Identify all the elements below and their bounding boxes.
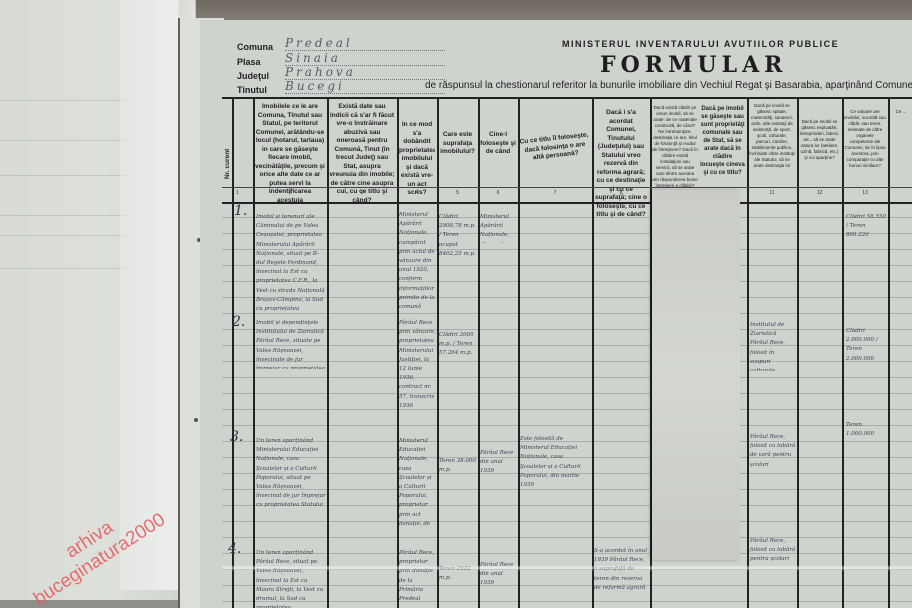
row-4-institutions: Pârâul Rece, folosit ca tabără pentru șc…: [750, 537, 796, 577]
column-number: 6: [478, 190, 518, 196]
row-number: 3.: [230, 429, 243, 445]
header-col-5: Care este suprafaţa imobilului?: [439, 131, 476, 157]
judetul-label: Judeţul: [237, 71, 269, 81]
ruled-line: [222, 393, 912, 394]
row-4-acquisition: Pârâul Rece, proprietar prin donație de …: [399, 549, 436, 608]
ministry-heading: MINISTERUL INVENTARULUI AVUTIILOR PUBLIC…: [562, 39, 839, 49]
row-1-user: Ministerul Apărării Naționale, din anul …: [480, 213, 517, 243]
column-number: 1: [222, 190, 253, 196]
paper-crease: [222, 565, 912, 571]
header-col-11: Dacă pe imobil se găsesc spitale, matern…: [749, 103, 795, 169]
column-divider: [518, 99, 520, 608]
row-1-value: Clădiri 58.550 / Teren 800.226: [846, 213, 886, 253]
comuna-value: Predeal: [285, 36, 445, 51]
column-number: 11: [747, 190, 797, 196]
ruled-line: [222, 313, 912, 314]
form-title: FORMULAR: [600, 52, 787, 78]
row-3-area: Teren 38.000 m.p.: [439, 457, 477, 477]
row-2-area: Clădiri 2000 m.p. / Teren 57.264 m.p.: [439, 331, 477, 411]
column-divider: [478, 99, 480, 608]
form-subtitle: de răspunsul la chestionarul referitor l…: [425, 80, 912, 91]
column-number: 2: [253, 190, 327, 196]
tinutul-label: Tinutul: [237, 85, 267, 95]
header-col-9: Dacă există clădiri pe vreun imobil, să …: [652, 105, 698, 189]
punch-hole: [194, 418, 198, 422]
ruled-line: [222, 425, 912, 426]
row-3-user: Pârâul Rece din anul 1939: [480, 449, 517, 479]
judetul-value: Prahova: [285, 65, 445, 80]
column-number-row: 1 2 3 4 5 6 7 8 9 10 11 12 13: [222, 187, 912, 204]
faint-line: [0, 175, 130, 176]
row-2-property: Imobil și dependințele Institutului de Z…: [256, 319, 326, 369]
ruled-line: [222, 521, 912, 522]
row-number: 4.: [228, 541, 241, 557]
row-1-area: Clădiri 2908,78 m.p. / Teren ocupat 8402…: [439, 213, 477, 273]
comuna-label: Comuna: [237, 42, 273, 52]
tinutul-value: Bucegi: [285, 79, 445, 94]
row-2-value: Clădiri 2.000.000 / Teren 2.000.000: [846, 327, 886, 367]
column-number: 13: [842, 190, 888, 196]
column-divider: [232, 99, 234, 608]
header-col-12: Dacă pe imobil se găsesc exploatări, înt…: [799, 119, 840, 161]
header-col-6: Cine-l foloseşte şi de când: [480, 131, 516, 157]
column-number: 4: [397, 190, 437, 196]
row-number: 1.: [234, 203, 247, 219]
row-3-title: Este folosită de Ministerul Educației Na…: [520, 435, 590, 495]
row-2-acquisition: Pârâul Rece prin vânzare, proprietatea M…: [399, 319, 436, 439]
faint-line: [0, 215, 130, 216]
faint-line: [0, 140, 130, 141]
faint-line: [0, 100, 130, 101]
header-col-14: Ce ...: [890, 109, 912, 115]
row-3-acquisition: Ministerul Educației Naționale, casa Șco…: [399, 437, 436, 527]
ruled-line: [222, 377, 912, 378]
row-4-property: Un teren aparținând Pârâul Rece, situat …: [256, 549, 326, 608]
column-number: 8: [592, 190, 650, 196]
folded-paper-flap: [652, 190, 740, 560]
faint-line: [0, 268, 130, 269]
header-nr-curent: Nr. curent: [224, 149, 231, 179]
column-divider: [842, 99, 844, 608]
column-number: 12: [797, 190, 842, 196]
column-number: 5: [437, 190, 478, 196]
inventory-table: Nr. curent Imobilele ce le are Comuna, T…: [222, 97, 912, 608]
row-2-institutions: Institutul de Ziaristică Pârâul Rece, fo…: [750, 321, 796, 371]
plasa-value: Sinaia: [285, 51, 445, 66]
row-number: 2.: [232, 314, 245, 330]
row-3-institutions: Pârâul Rece, folosit ca tabără de vară p…: [750, 433, 796, 473]
column-divider: [747, 99, 749, 608]
column-divider: [797, 99, 799, 608]
ruled-line: [222, 409, 912, 410]
row-3-property: Un teren aparținând Ministerului Educați…: [256, 437, 326, 507]
ruled-line: [222, 537, 912, 538]
header-col-13: Ce valoare are imobilul, socotită sau cl…: [844, 109, 886, 169]
column-number: 3: [327, 190, 397, 196]
header-col-10: Dacă pe imobil se găseşte sau sunt propr…: [700, 105, 745, 177]
plasa-label: Plasa: [237, 57, 261, 67]
column-number: 7: [518, 190, 592, 196]
row-3-value: Teren 1.000.000: [846, 421, 886, 441]
faint-line: [0, 235, 130, 236]
column-divider: [888, 99, 890, 608]
row-1-acquisition: Ministerul Apărării Naționale, cumpărat …: [399, 211, 436, 311]
header-col-7: Cu ce titlu îl foloseşte, dacă folosinţa…: [519, 131, 591, 164]
row-4-agrarian-reserve: S-a acordat în anul 1939 Pârâul Rece, o …: [594, 547, 649, 607]
row-1-property: Imobil și terenuri ale Căminului de pe V…: [256, 213, 326, 313]
